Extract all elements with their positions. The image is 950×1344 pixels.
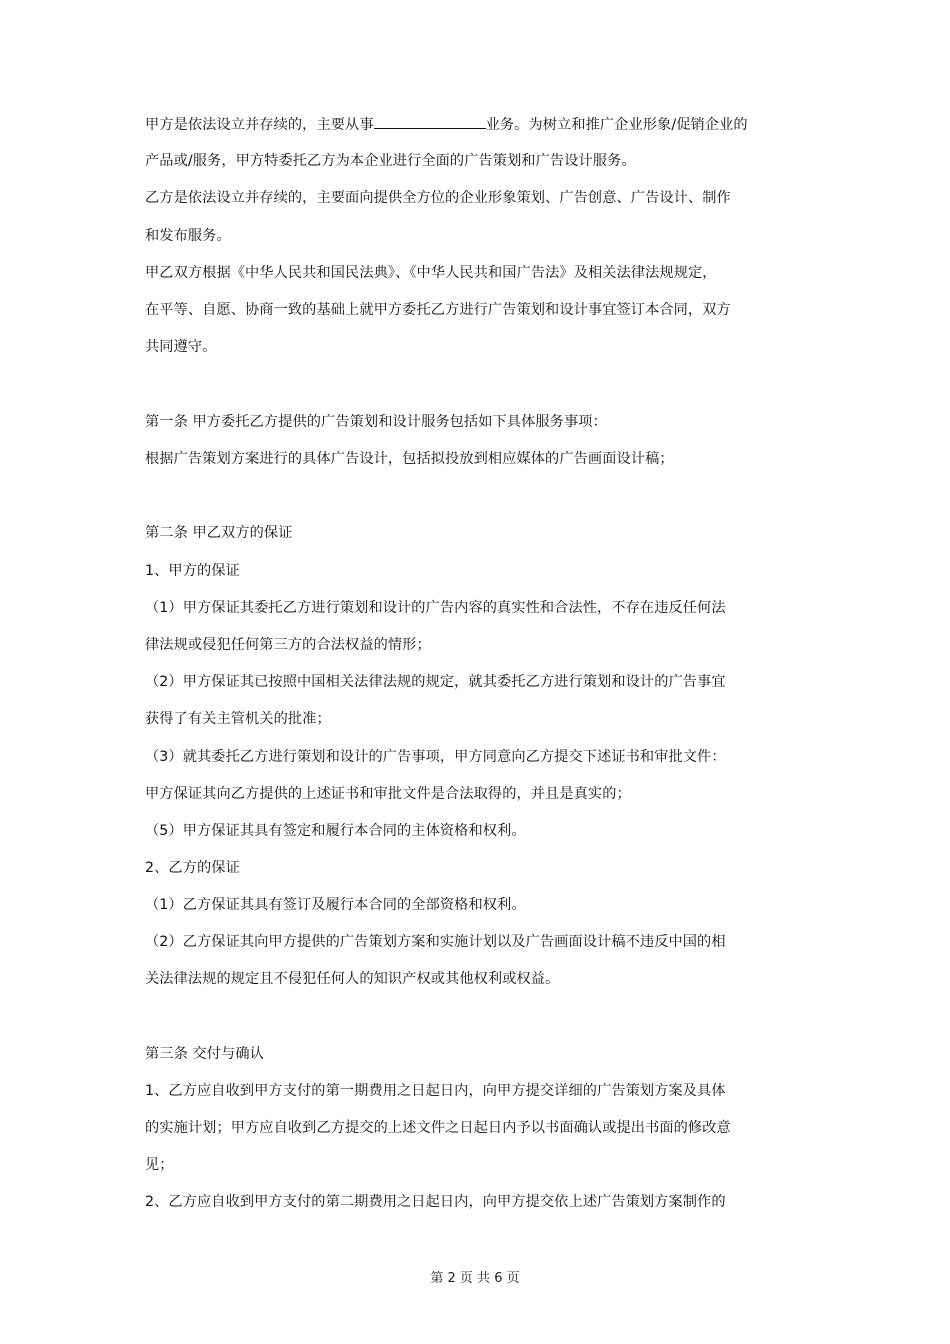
intro-paragraph-1-line-1: 甲方是依法设立并存续的，主要从事业务。为树立和推广企业形象/促销企业的 [145,114,815,135]
page-indicator: 第 2 页 共 6 页 [0,1267,950,1286]
article-2-item-2-line-1: （2）甲方保证其已按照中国相关法律法规的规定，就其委托乙方进行策划和设计的广告事… [145,672,815,692]
article-2-heading: 第二条 甲乙双方的保证 [145,523,815,543]
document-page: 甲方是依法设立并存续的，主要从事业务。为树立和推广企业形象/促销企业的 产品或/… [0,0,950,1344]
article-2-subheading-party-a: 1、甲方的保证 [145,561,815,581]
article-1-line-1: 根据广告策划方案进行的具体广告设计，包括拟投放到相应媒体的广告画面设计稿； [145,449,815,469]
article-2-b-item-1: （1）乙方保证其具有签订及履行本合同的全部资格和权利。 [145,895,815,915]
article-3-item-2-line-1: 2、乙方应自收到甲方支付的第二期费用之日起日内，向甲方提交依上述广告策划方案制作… [145,1192,815,1212]
article-3-item-1-line-2: 的实施计划；甲方应自收到乙方提交的上述文件之日起日内予以书面确认或提出书面的修改… [145,1118,815,1138]
fill-in-blank [374,114,486,129]
article-2-item-1-line-2: 律法规或侵犯任何第三方的合法权益的情形； [145,635,815,655]
text: 甲方是依法设立并存续的，主要从事 [145,117,374,133]
article-2-subheading-party-b: 2、乙方的保证 [145,858,815,878]
article-2-b-item-2-line-2: 关法律法规的规定且不侵犯任何人的知识产权或其他权利或权益。 [145,969,815,989]
text: 业务。为树立和推广企业形象/促销企业的 [486,117,748,133]
article-2-item-1-line-1: （1）甲方保证其委托乙方进行策划和设计的广告内容的真实性和合法性，不存在违反任何… [145,598,815,618]
article-2-item-3-line-1: （3）就其委托乙方进行策划和设计的广告事项，甲方同意向乙方提交下述证书和审批文件… [145,747,815,767]
article-1-heading: 第一条 甲方委托乙方提供的广告策划和设计服务包括如下具体服务事项： [145,412,815,432]
intro-paragraph-1-line-2: 产品或/服务，甲方特委托乙方为本企业进行全面的广告策划和广告设计服务。 [145,151,815,171]
article-2-item-4-line-1: 甲方保证其向乙方提供的上述证书和审批文件是合法取得的，并且是真实的； [145,784,815,804]
intro-paragraph-2-line-1: 乙方是依法设立并存续的，主要面向提供全方位的企业形象策划、广告创意、广告设计、制… [145,188,815,208]
article-2-b-item-2-line-1: （2）乙方保证其向甲方提供的广告策划方案和实施计划以及广告画面设计稿不违反中国的… [145,932,815,952]
article-3-item-1-line-1: 1、乙方应自收到甲方支付的第一期费用之日起日内，向甲方提交详细的广告策划方案及具… [145,1081,815,1101]
article-2-item-2-line-2: 获得了有关主管机关的批准； [145,709,815,729]
article-2-item-5-line-1: （5）甲方保证其具有签定和履行本合同的主体资格和权利。 [145,821,815,841]
article-3-item-1-line-3: 见； [145,1155,815,1175]
intro-paragraph-3-line-2: 在平等、自愿、协商一致的基础上就甲方委托乙方进行广告策划和设计事宜签订本合同，双… [145,300,815,320]
intro-paragraph-2-line-2: 和发布服务。 [145,226,815,246]
intro-paragraph-3-line-3: 共同遵守。 [145,337,815,357]
intro-paragraph-3-line-1: 甲乙双方根据《中华人民共和国民法典》、《中华人民共和国广告法》及相关法律法规规定… [145,263,815,283]
article-3-heading: 第三条 交付与确认 [145,1044,815,1064]
